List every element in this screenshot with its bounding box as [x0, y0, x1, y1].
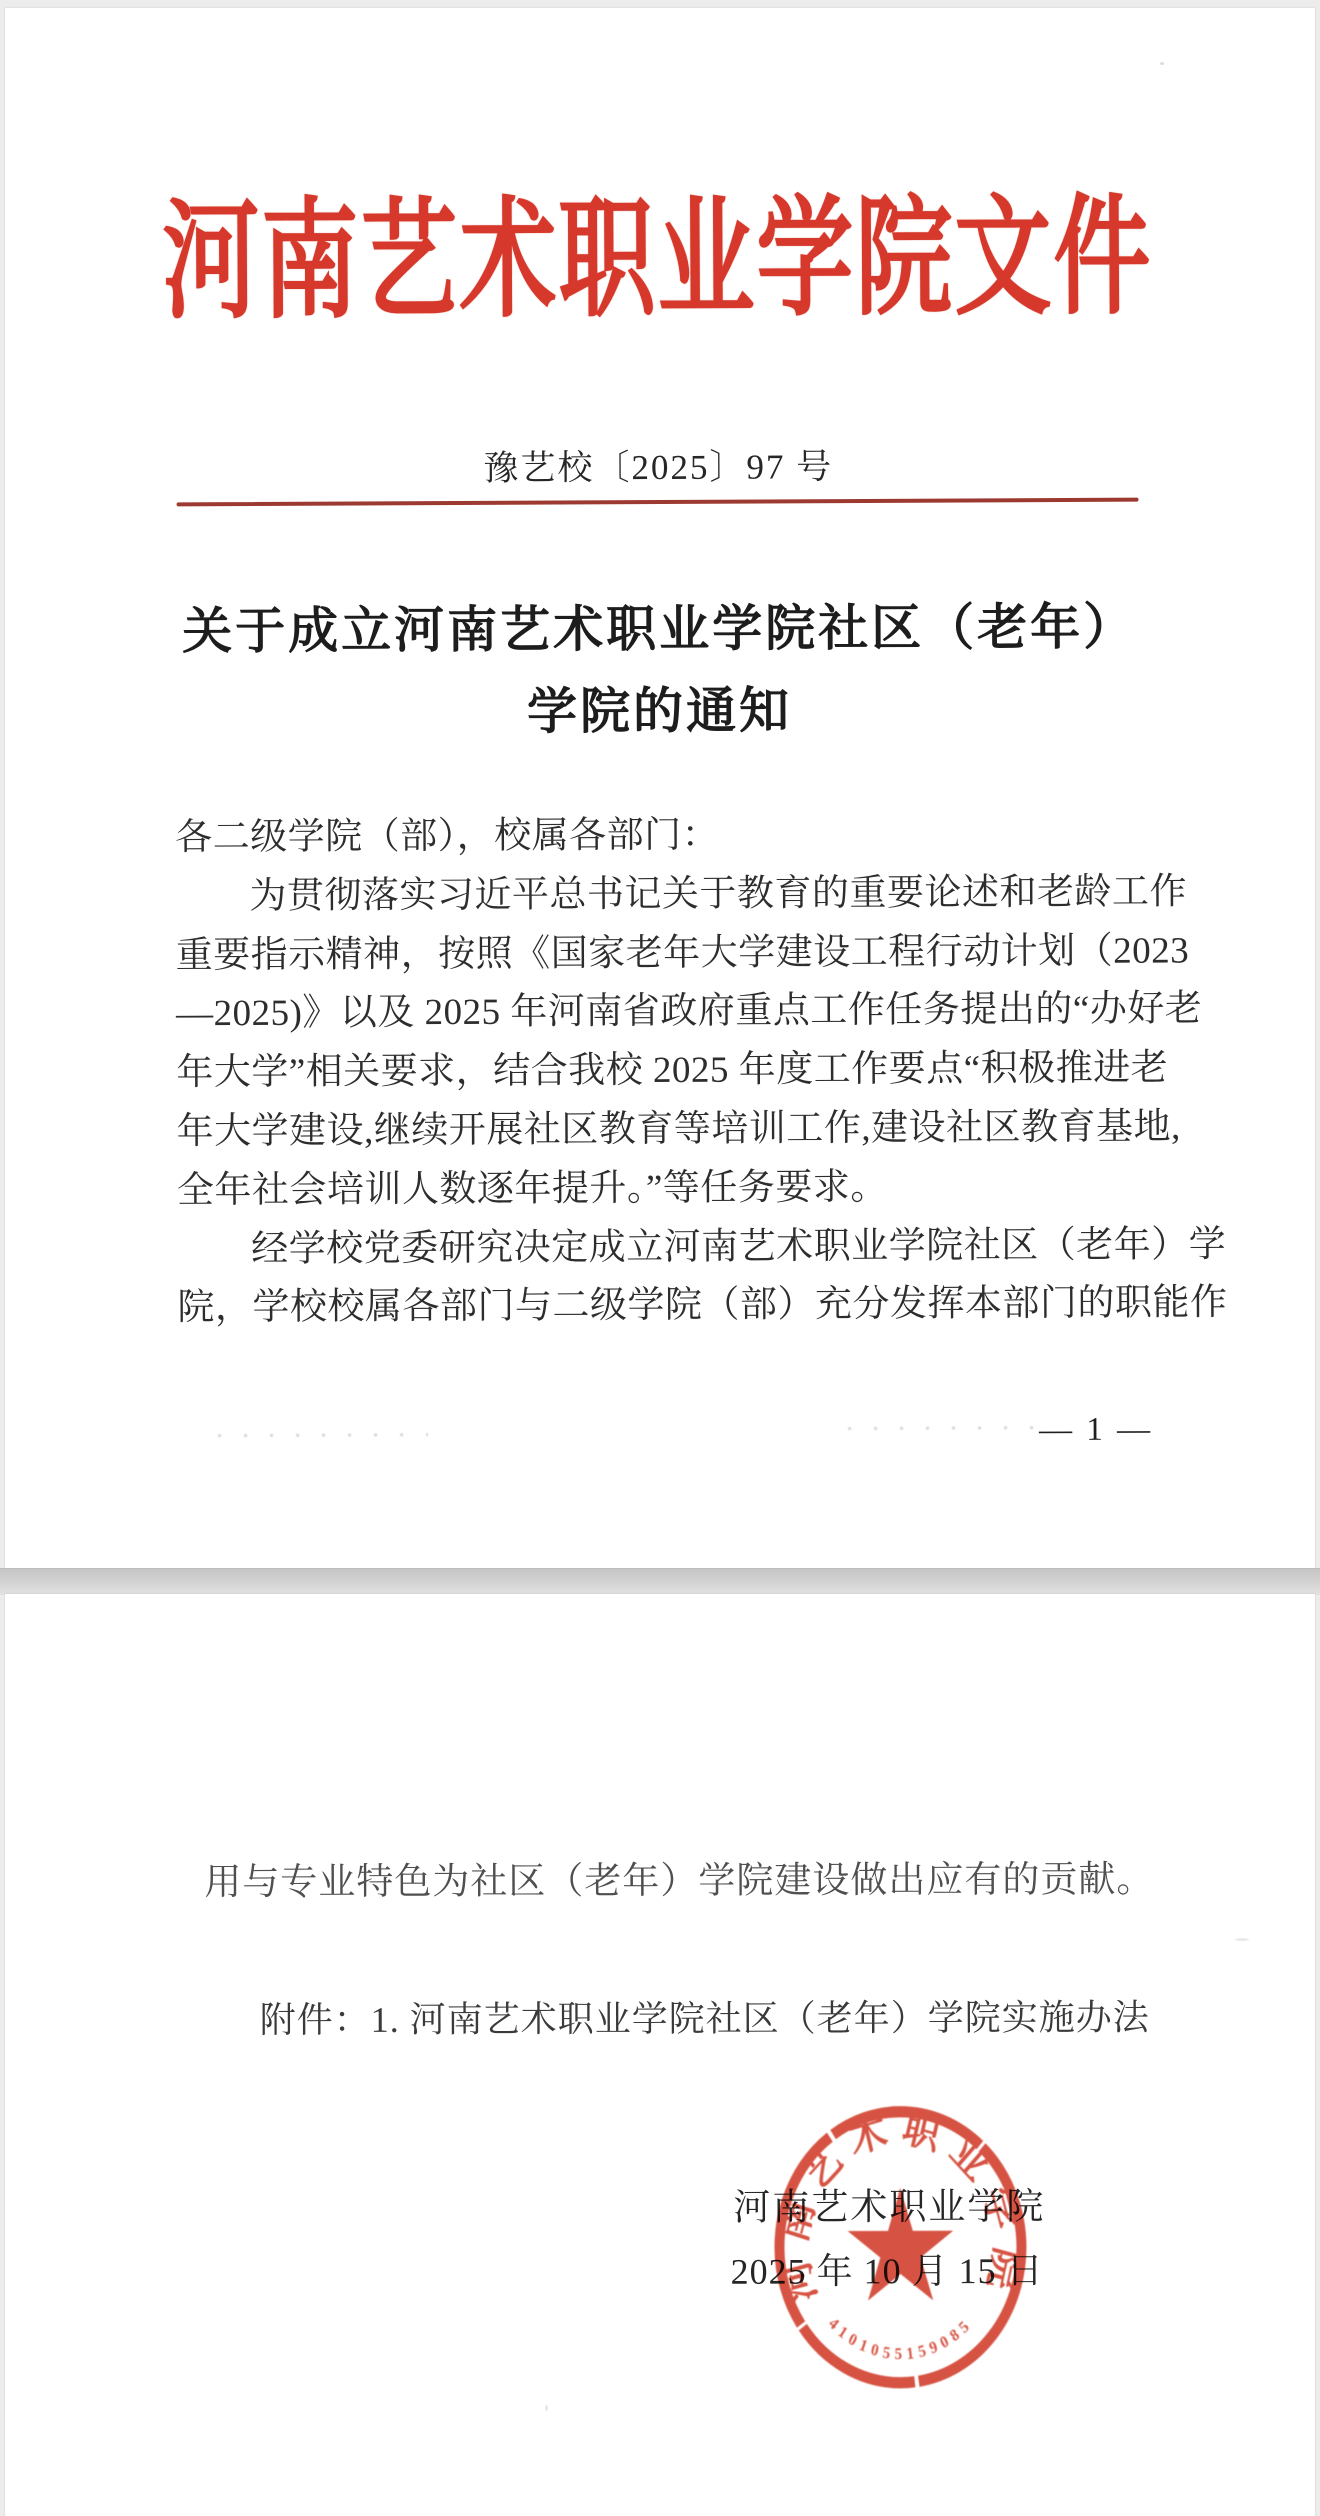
seal-star-icon — [847, 2188, 953, 2301]
body-line: 用与专业特色为社区（老年）学院建设做出应有的贡献。 — [204, 1848, 1204, 1905]
page-2-content: 用与专业特色为社区（老年）学院建设做出应有的贡献。 附件：1. 河南艺术职业学院… — [0, 0, 1320, 2516]
scan-speck — [1160, 62, 1164, 65]
seal-serial-number: 4101055159085 — [825, 2314, 976, 2364]
scan-speck — [545, 2405, 548, 2411]
document-scan: 河南艺术职业学院文件 豫艺校〔2025〕97 号 关于成立河南艺术职业学院社区（… — [0, 0, 1320, 2516]
svg-text:4101055159085: 4101055159085 — [825, 2314, 976, 2364]
scan-speck — [1235, 1938, 1249, 1941]
attachment-line: 附件：1. 河南艺术职业学院社区（老年）学院实施办法 — [260, 1989, 1260, 2043]
official-seal: 河南艺术职业学院 4101055159085 — [750, 2079, 1051, 2416]
